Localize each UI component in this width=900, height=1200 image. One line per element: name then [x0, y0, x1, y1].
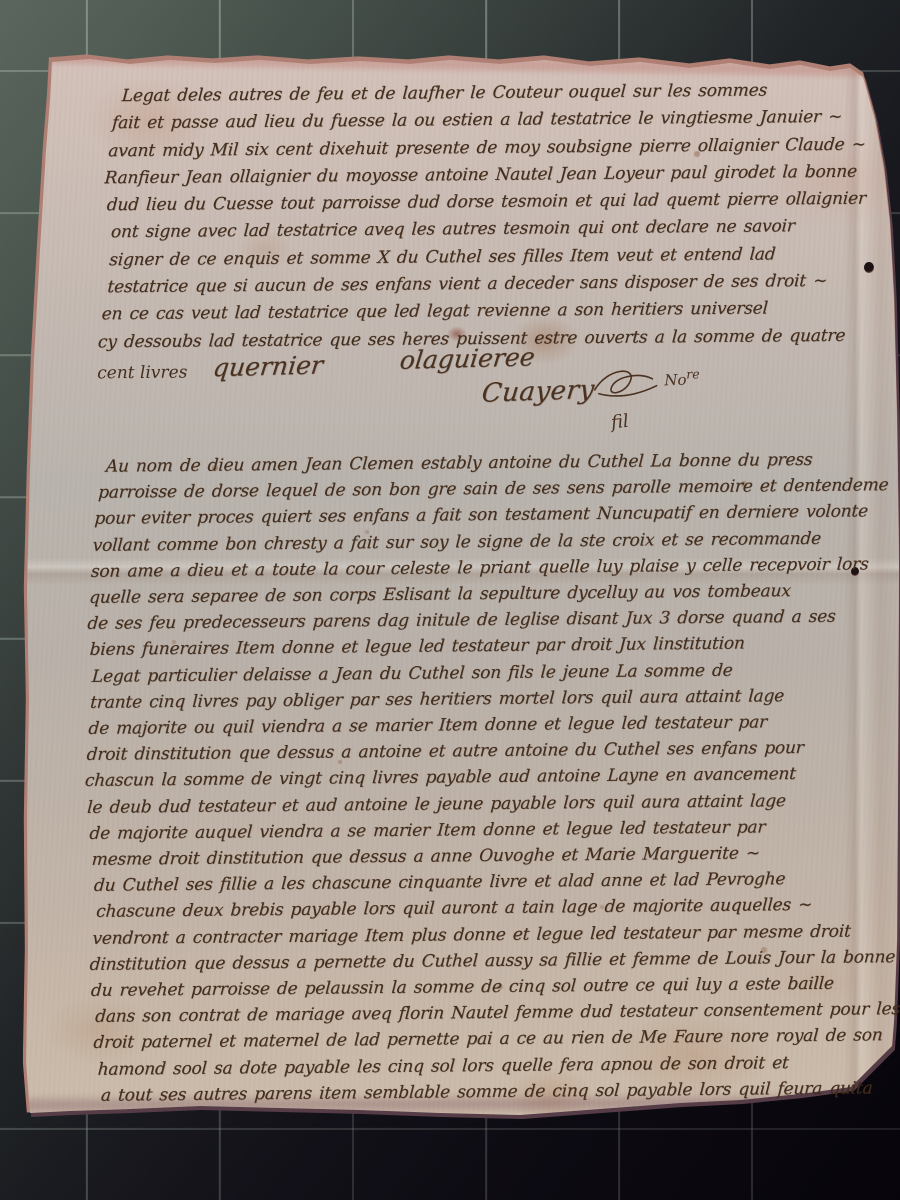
notary-paraph-flourish: [589, 387, 664, 409]
closing-paragraph: Legat deles autres de feu et de laufher …: [93, 77, 867, 387]
notary-secondary-mark: fil: [610, 405, 702, 432]
notary-name: Cuayery: [480, 376, 596, 408]
amount-text: cent livres: [97, 360, 187, 388]
notary-signature: CuayeryNore fil: [481, 360, 702, 434]
testament-body: Au nom de dieu amen Jean Clemen estably …: [81, 446, 900, 1109]
notary-title-abbreviation: Nore: [664, 370, 700, 389]
witness-signature: quernier: [212, 351, 325, 381]
handwritten-text-layer: Legat deles autres de feu et de laufher …: [0, 0, 900, 1200]
manuscript-photo: Legat deles autres de feu et de laufher …: [0, 0, 900, 1200]
